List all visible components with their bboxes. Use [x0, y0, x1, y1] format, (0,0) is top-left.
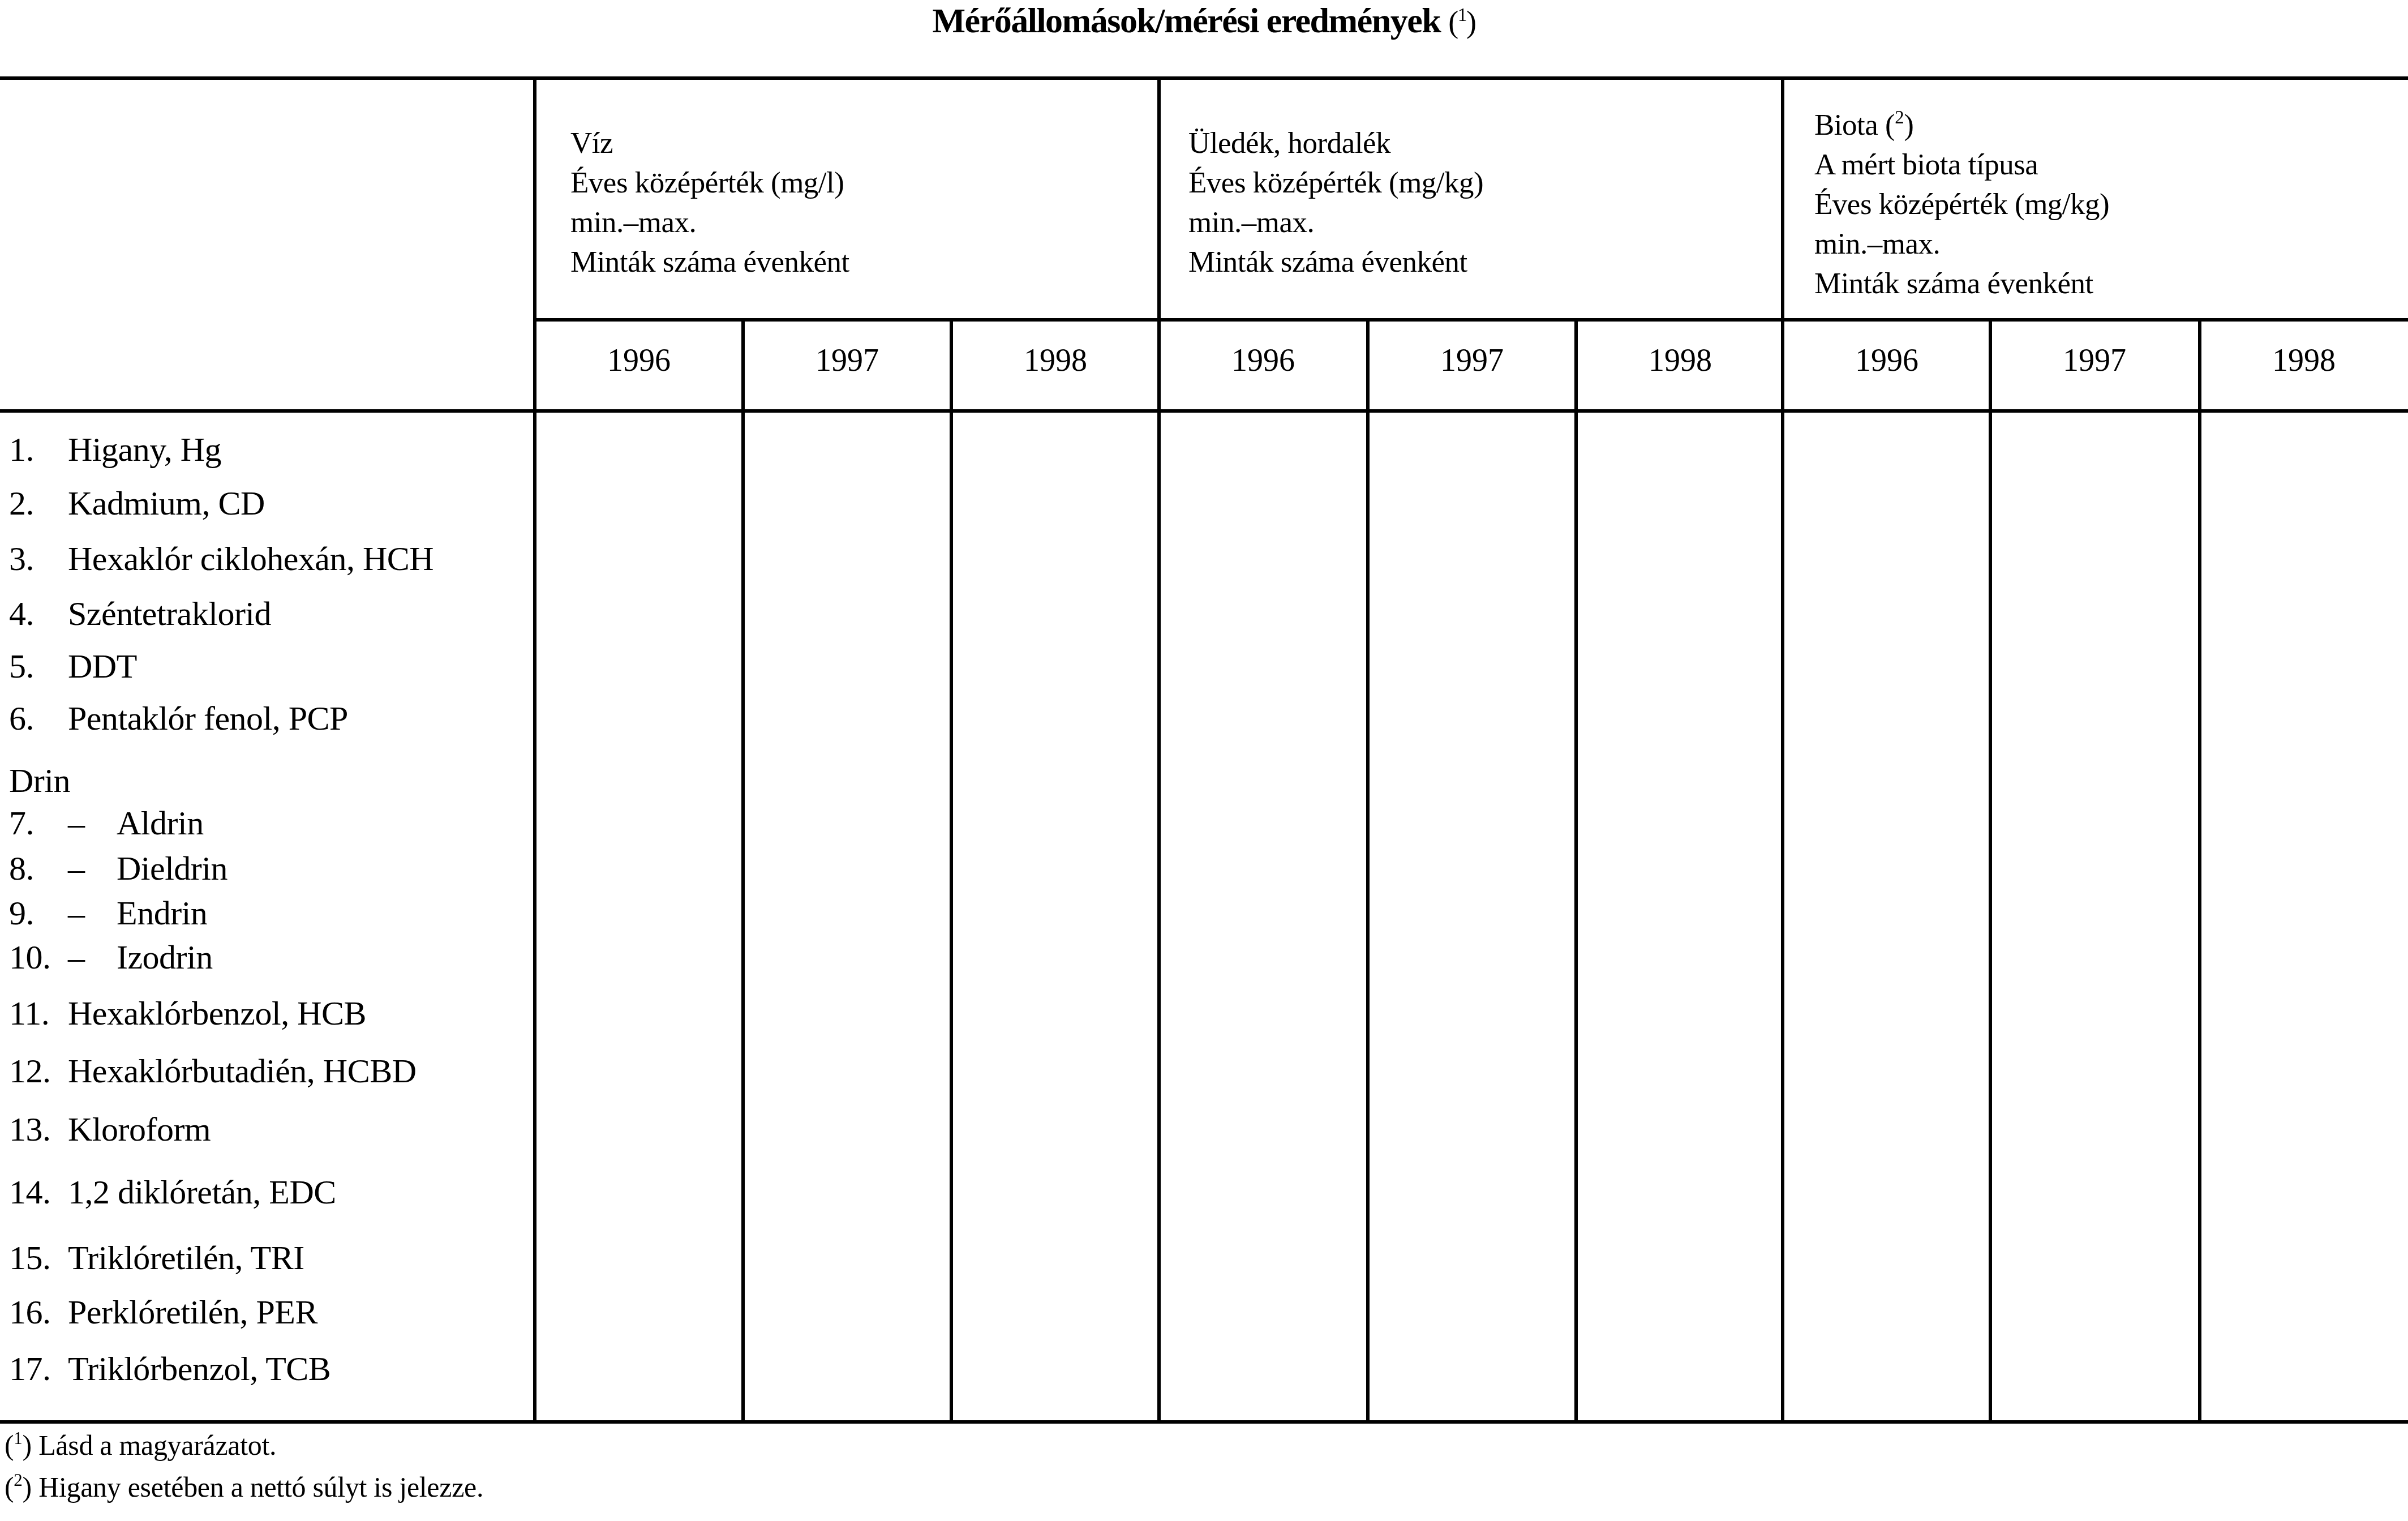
- year-header: 1997: [1990, 342, 2199, 379]
- footnote: (1) Lásd a magyarázatot.: [5, 1429, 276, 1462]
- title-footnote-ref: (1): [1448, 5, 1475, 39]
- table-row: 13.Kloroform: [9, 1110, 211, 1149]
- group-name: Üledék, hordalék: [1188, 123, 1483, 163]
- column-divider: [533, 78, 536, 1422]
- table-row: 10.–Izodrin: [9, 938, 213, 977]
- column-divider: [1157, 78, 1161, 1422]
- table-row: 8.–Dieldrin: [9, 849, 228, 888]
- column-divider: [1989, 320, 1992, 1422]
- group-header-water: Víz Éves középérték (mg/l) min.–max. Min…: [570, 123, 849, 282]
- table-row: 4.Széntetraklorid: [9, 594, 271, 633]
- table-row: 16.Perklóretilén, PER: [9, 1293, 317, 1332]
- column-divider: [741, 320, 745, 1422]
- column-divider: [1574, 320, 1578, 1422]
- group-line: min.–max.: [1188, 203, 1483, 242]
- year-header: 1998: [1576, 342, 1784, 379]
- year-header: 1997: [1368, 342, 1576, 379]
- table-row: 1.Higany, Hg: [9, 430, 221, 469]
- table-row: 2.Kadmium, CD: [9, 484, 265, 523]
- table-row: 9.–Endrin: [9, 894, 207, 933]
- table-row: 15.Triklóretilén, TRI: [9, 1239, 304, 1278]
- table-row: 14.1,2 diklóretán, EDC: [9, 1173, 336, 1212]
- column-divider: [1781, 78, 1784, 1422]
- year-header: 1998: [2200, 342, 2408, 379]
- group-line: A mért biota típusa: [1814, 145, 2109, 185]
- group-header-sediment: Üledék, hordalék Éves középérték (mg/kg)…: [1188, 123, 1483, 282]
- table-group-label: Drin: [9, 761, 70, 800]
- header-divider: [535, 318, 2408, 322]
- header-bottom-rule: [0, 409, 2408, 413]
- year-header: 1998: [951, 342, 1160, 379]
- column-divider: [950, 320, 953, 1422]
- year-header: 1996: [1783, 342, 1991, 379]
- table-row: 5.DDT: [9, 647, 137, 686]
- group-line: min.–max.: [570, 203, 849, 242]
- group-line: Éves középérték (mg/l): [570, 163, 849, 203]
- group-line: Éves középérték (mg/kg): [1814, 185, 2109, 224]
- group-line: Éves középérték (mg/kg): [1188, 163, 1483, 203]
- table-row: 7.–Aldrin: [9, 804, 204, 843]
- year-header: 1996: [535, 342, 743, 379]
- group-header-biota: Biota (2) A mért biota típusa Éves közép…: [1814, 105, 2109, 303]
- footnote: (2) Higany esetében a nettó súlyt is jel…: [5, 1471, 483, 1503]
- year-header: 1997: [743, 342, 951, 379]
- table-row: 6.Pentaklór fenol, PCP: [9, 699, 348, 738]
- table-row: 3.Hexaklór ciklohexán, HCH: [9, 539, 433, 579]
- column-divider: [1366, 320, 1370, 1422]
- title-text: Mérőállomások/mérési eredmények: [933, 2, 1441, 40]
- group-name: Víz: [570, 123, 849, 163]
- column-divider: [2198, 320, 2201, 1422]
- table-row: 11.Hexaklórbenzol, HCB: [9, 994, 366, 1033]
- group-line: Minták száma évenként: [1188, 242, 1483, 282]
- table-bottom-rule: [0, 1420, 2408, 1424]
- year-header: 1996: [1159, 342, 1367, 379]
- group-line: min.–max.: [1814, 224, 2109, 264]
- table-row: 17.Triklórbenzol, TCB: [9, 1349, 330, 1389]
- table-row: 12.Hexaklórbutadién, HCBD: [9, 1052, 417, 1091]
- table-top-rule: [0, 76, 2408, 80]
- group-name: Biota (2): [1814, 105, 2109, 145]
- group-line: Minták száma évenként: [570, 242, 849, 282]
- group-line: Minták száma évenként: [1814, 264, 2109, 303]
- page-title: Mérőállomások/mérési eredmények (1): [0, 1, 2408, 41]
